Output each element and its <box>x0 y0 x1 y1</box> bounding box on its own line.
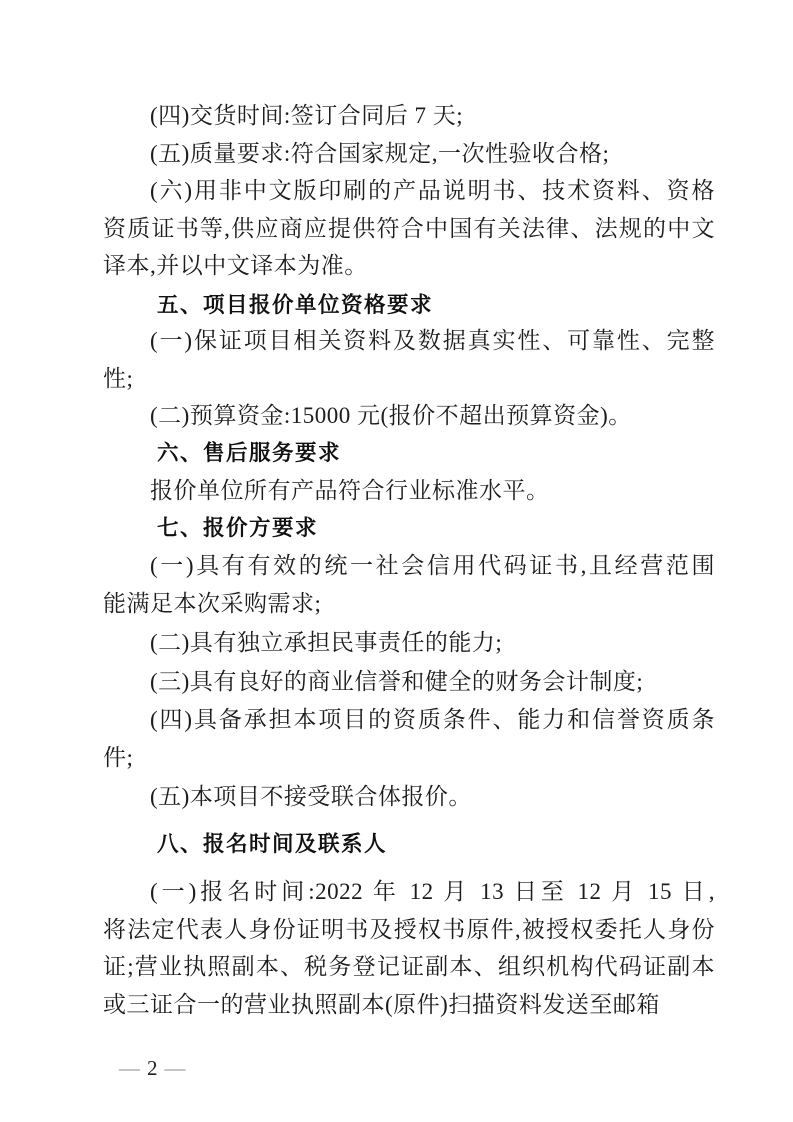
body-paragraph-item-6-translation: (六)用非中文版印刷的产品说明书、技术资料、资格 资质证书等,供应商应提供符合中… <box>103 172 715 285</box>
page-footer: —2— <box>119 1053 186 1083</box>
text-line: 件; <box>103 739 715 777</box>
text-line: 或三证合一的营业执照副本(原件)扫描资料发送至邮箱 <box>103 986 715 1024</box>
heading-text: 七、报价方要求 <box>103 510 715 548</box>
body-paragraph-guarantee: (一)保证项目相关资料及数据真实性、可靠性、完整 性; <box>103 322 715 397</box>
heading-text: 八、报名时间及联系人 <box>103 826 715 864</box>
text-line: (一)具有有效的统一社会信用代码证书,且经营范围 <box>103 547 715 585</box>
text-line: 将法定代表人身份证明书及授权书原件,被授权委托人身份 <box>103 911 715 949</box>
page-number: 2 <box>140 1056 165 1080</box>
section-heading-5-qualification: 五、项目报价单位资格要求 <box>103 287 715 325</box>
text-line: 能满足本次采购需求; <box>103 585 715 623</box>
text-line: (五)本项目不接受联合体报价。 <box>103 778 715 816</box>
text-line: 报价单位所有产品符合行业标准水平。 <box>103 472 715 510</box>
body-paragraph-item-4-delivery: (四)交货时间:签订合同后 7 天; <box>103 97 715 135</box>
section-heading-8-registration: 八、报名时间及联系人 <box>103 826 715 864</box>
heading-text: 六、售后服务要求 <box>103 435 715 473</box>
text-line: (四)交货时间:签订合同后 7 天; <box>103 97 715 135</box>
section-heading-6-after-sales: 六、售后服务要求 <box>103 435 715 473</box>
body-paragraph-no-consortium: (五)本项目不接受联合体报价。 <box>103 778 715 816</box>
body-paragraph-registration-time: (一)报名时间:2022 年 12 月 13 日至 12 月 15 日, 将法定… <box>103 873 715 1023</box>
footer-dash-left: — <box>119 1056 140 1080</box>
text-line: 性; <box>103 360 715 398</box>
text-line: (二)具有独立承担民事责任的能力; <box>103 624 715 662</box>
document-page: (四)交货时间:签订合同后 7 天; (五)质量要求:符合国家规定,一次性验收合… <box>0 0 793 1122</box>
text-line: (三)具有良好的商业信誉和健全的财务会计制度; <box>103 663 715 701</box>
footer-dash-right: — <box>165 1056 186 1080</box>
text-line: 证;营业执照副本、税务登记证副本、组织机构代码证副本 <box>103 948 715 986</box>
body-paragraph-civil-liability: (二)具有独立承担民事责任的能力; <box>103 624 715 662</box>
text-line: 译本,并以中文译本为准。 <box>103 247 715 285</box>
body-paragraph-credit-code: (一)具有有效的统一社会信用代码证书,且经营范围 能满足本次采购需求; <box>103 547 715 622</box>
body-paragraph-industry-standard: 报价单位所有产品符合行业标准水平。 <box>103 472 715 510</box>
text-line: (一)保证项目相关资料及数据真实性、可靠性、完整 <box>103 322 715 360</box>
text-line: (五)质量要求:符合国家规定,一次性验收合格; <box>103 135 715 173</box>
body-paragraph-budget: (二)预算资金:15000 元(报价不超出预算资金)。 <box>103 397 715 435</box>
text-line: 资质证书等,供应商应提供符合中国有关法律、法规的中文 <box>103 210 715 248</box>
body-paragraph-reputation: (三)具有良好的商业信誉和健全的财务会计制度; <box>103 663 715 701</box>
text-line: (六)用非中文版印刷的产品说明书、技术资料、资格 <box>103 172 715 210</box>
section-heading-7-bidder-requirements: 七、报价方要求 <box>103 510 715 548</box>
body-paragraph-item-5-quality: (五)质量要求:符合国家规定,一次性验收合格; <box>103 135 715 173</box>
text-line: (二)预算资金:15000 元(报价不超出预算资金)。 <box>103 397 715 435</box>
text-line: (四)具备承担本项目的资质条件、能力和信誉资质条 <box>103 701 715 739</box>
text-line: (一)报名时间:2022 年 12 月 13 日至 12 月 15 日, <box>103 873 715 911</box>
heading-text: 五、项目报价单位资格要求 <box>103 287 715 325</box>
body-paragraph-capability: (四)具备承担本项目的资质条件、能力和信誉资质条 件; <box>103 701 715 776</box>
